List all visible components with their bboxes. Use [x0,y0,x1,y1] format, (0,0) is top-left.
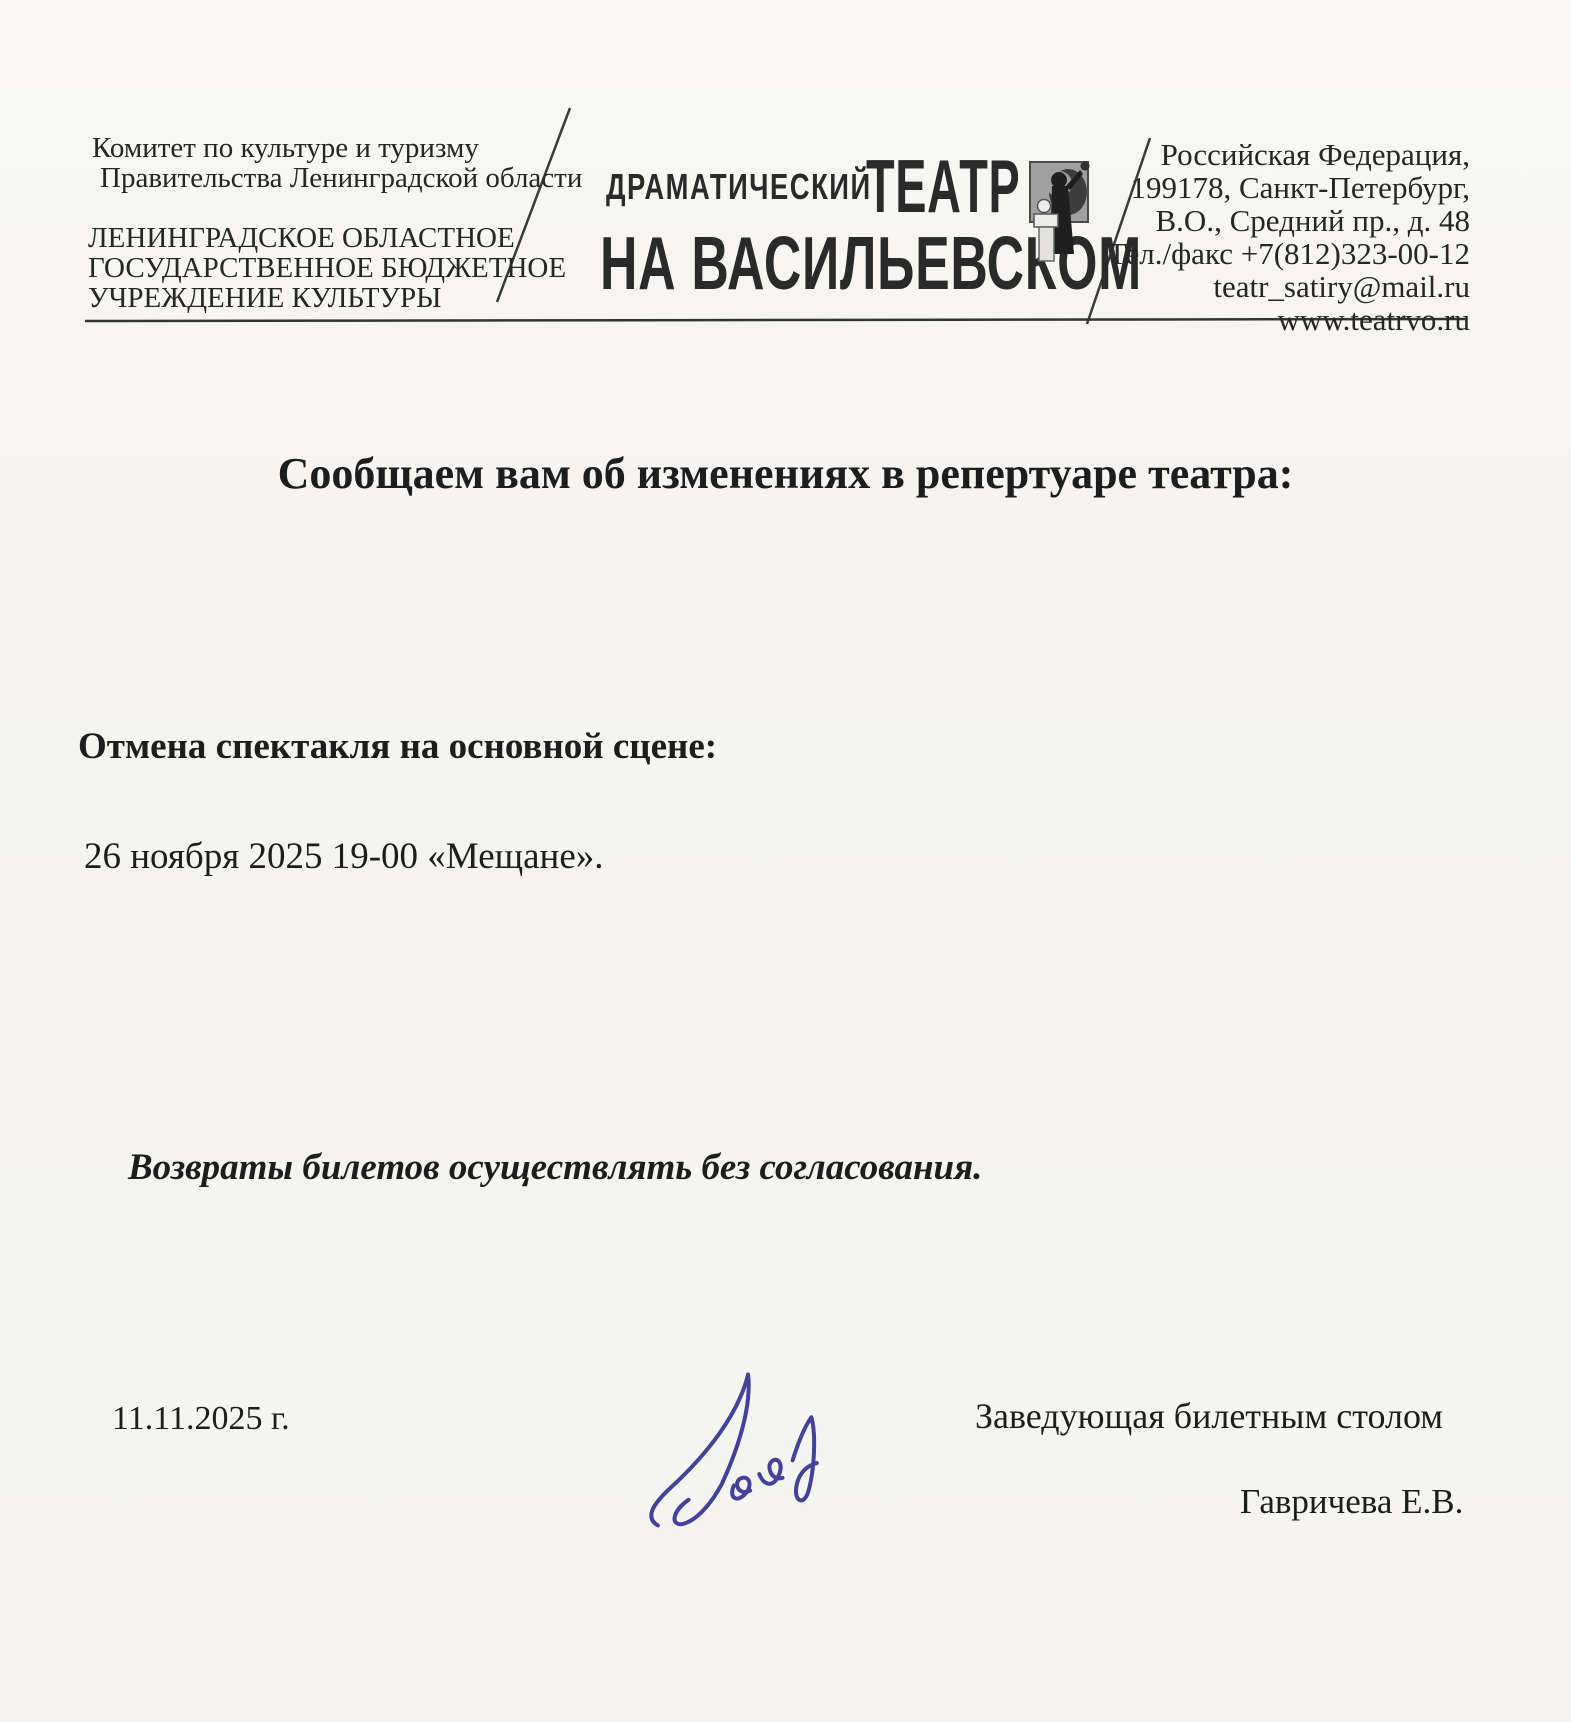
org-name-line1: ЛЕНИНГРАДСКОЕ ОБЛАСТНОЕ [88,224,515,253]
contact-line-street: В.О., Средний пр., д. 48 [900,204,1470,237]
contact-line-website: www.teatrvo.ru [900,303,1470,336]
logo-word-dramaticheskiy: ДРАМАТИЧЕСКИЙ [606,169,872,205]
contact-line-country: Российская Федерация, [900,138,1470,171]
org-name-line2: ГОСУДАРСТВЕННОЕ БЮДЖЕТНОЕ [88,254,566,283]
contact-line-postal-city: 199178, Санкт-Петербург, [900,171,1470,204]
signatory-name: Гавричева Е.В. [1240,1484,1463,1519]
committee-name-line2: Правительства Ленинградской области [100,164,582,193]
section-heading: Отмена спектакля на основной сцене: [78,728,717,765]
ticket-refund-note: Возвраты билетов осуществлять без соглас… [128,1149,982,1186]
signatory-position: Заведующая билетным столом [975,1398,1443,1434]
signature-handwriting [636,1356,885,1543]
scanned-letter-page: Комитет по культуре и туризму Правительс… [0,0,1571,1722]
document-title: Сообщаем вам об изменениях в репертуаре … [0,452,1571,496]
event-cancellation-line: 26 ноября 2025 19-00 «Мещане». [84,838,604,875]
org-name-line3: УЧРЕЖДЕНИЕ КУЛЬТУРЫ [88,284,441,313]
contact-line-phone-fax: Тел./факс +7(812)323-00-12 [900,237,1470,270]
contact-line-email: teatr_satiry@mail.ru [900,270,1470,303]
date-line: 11.11.2025 г. [112,1402,290,1436]
committee-name-line1: Комитет по культуре и туризму [92,134,479,163]
contact-block: Российская Федерация, 199178, Санкт-Пете… [900,138,1470,336]
